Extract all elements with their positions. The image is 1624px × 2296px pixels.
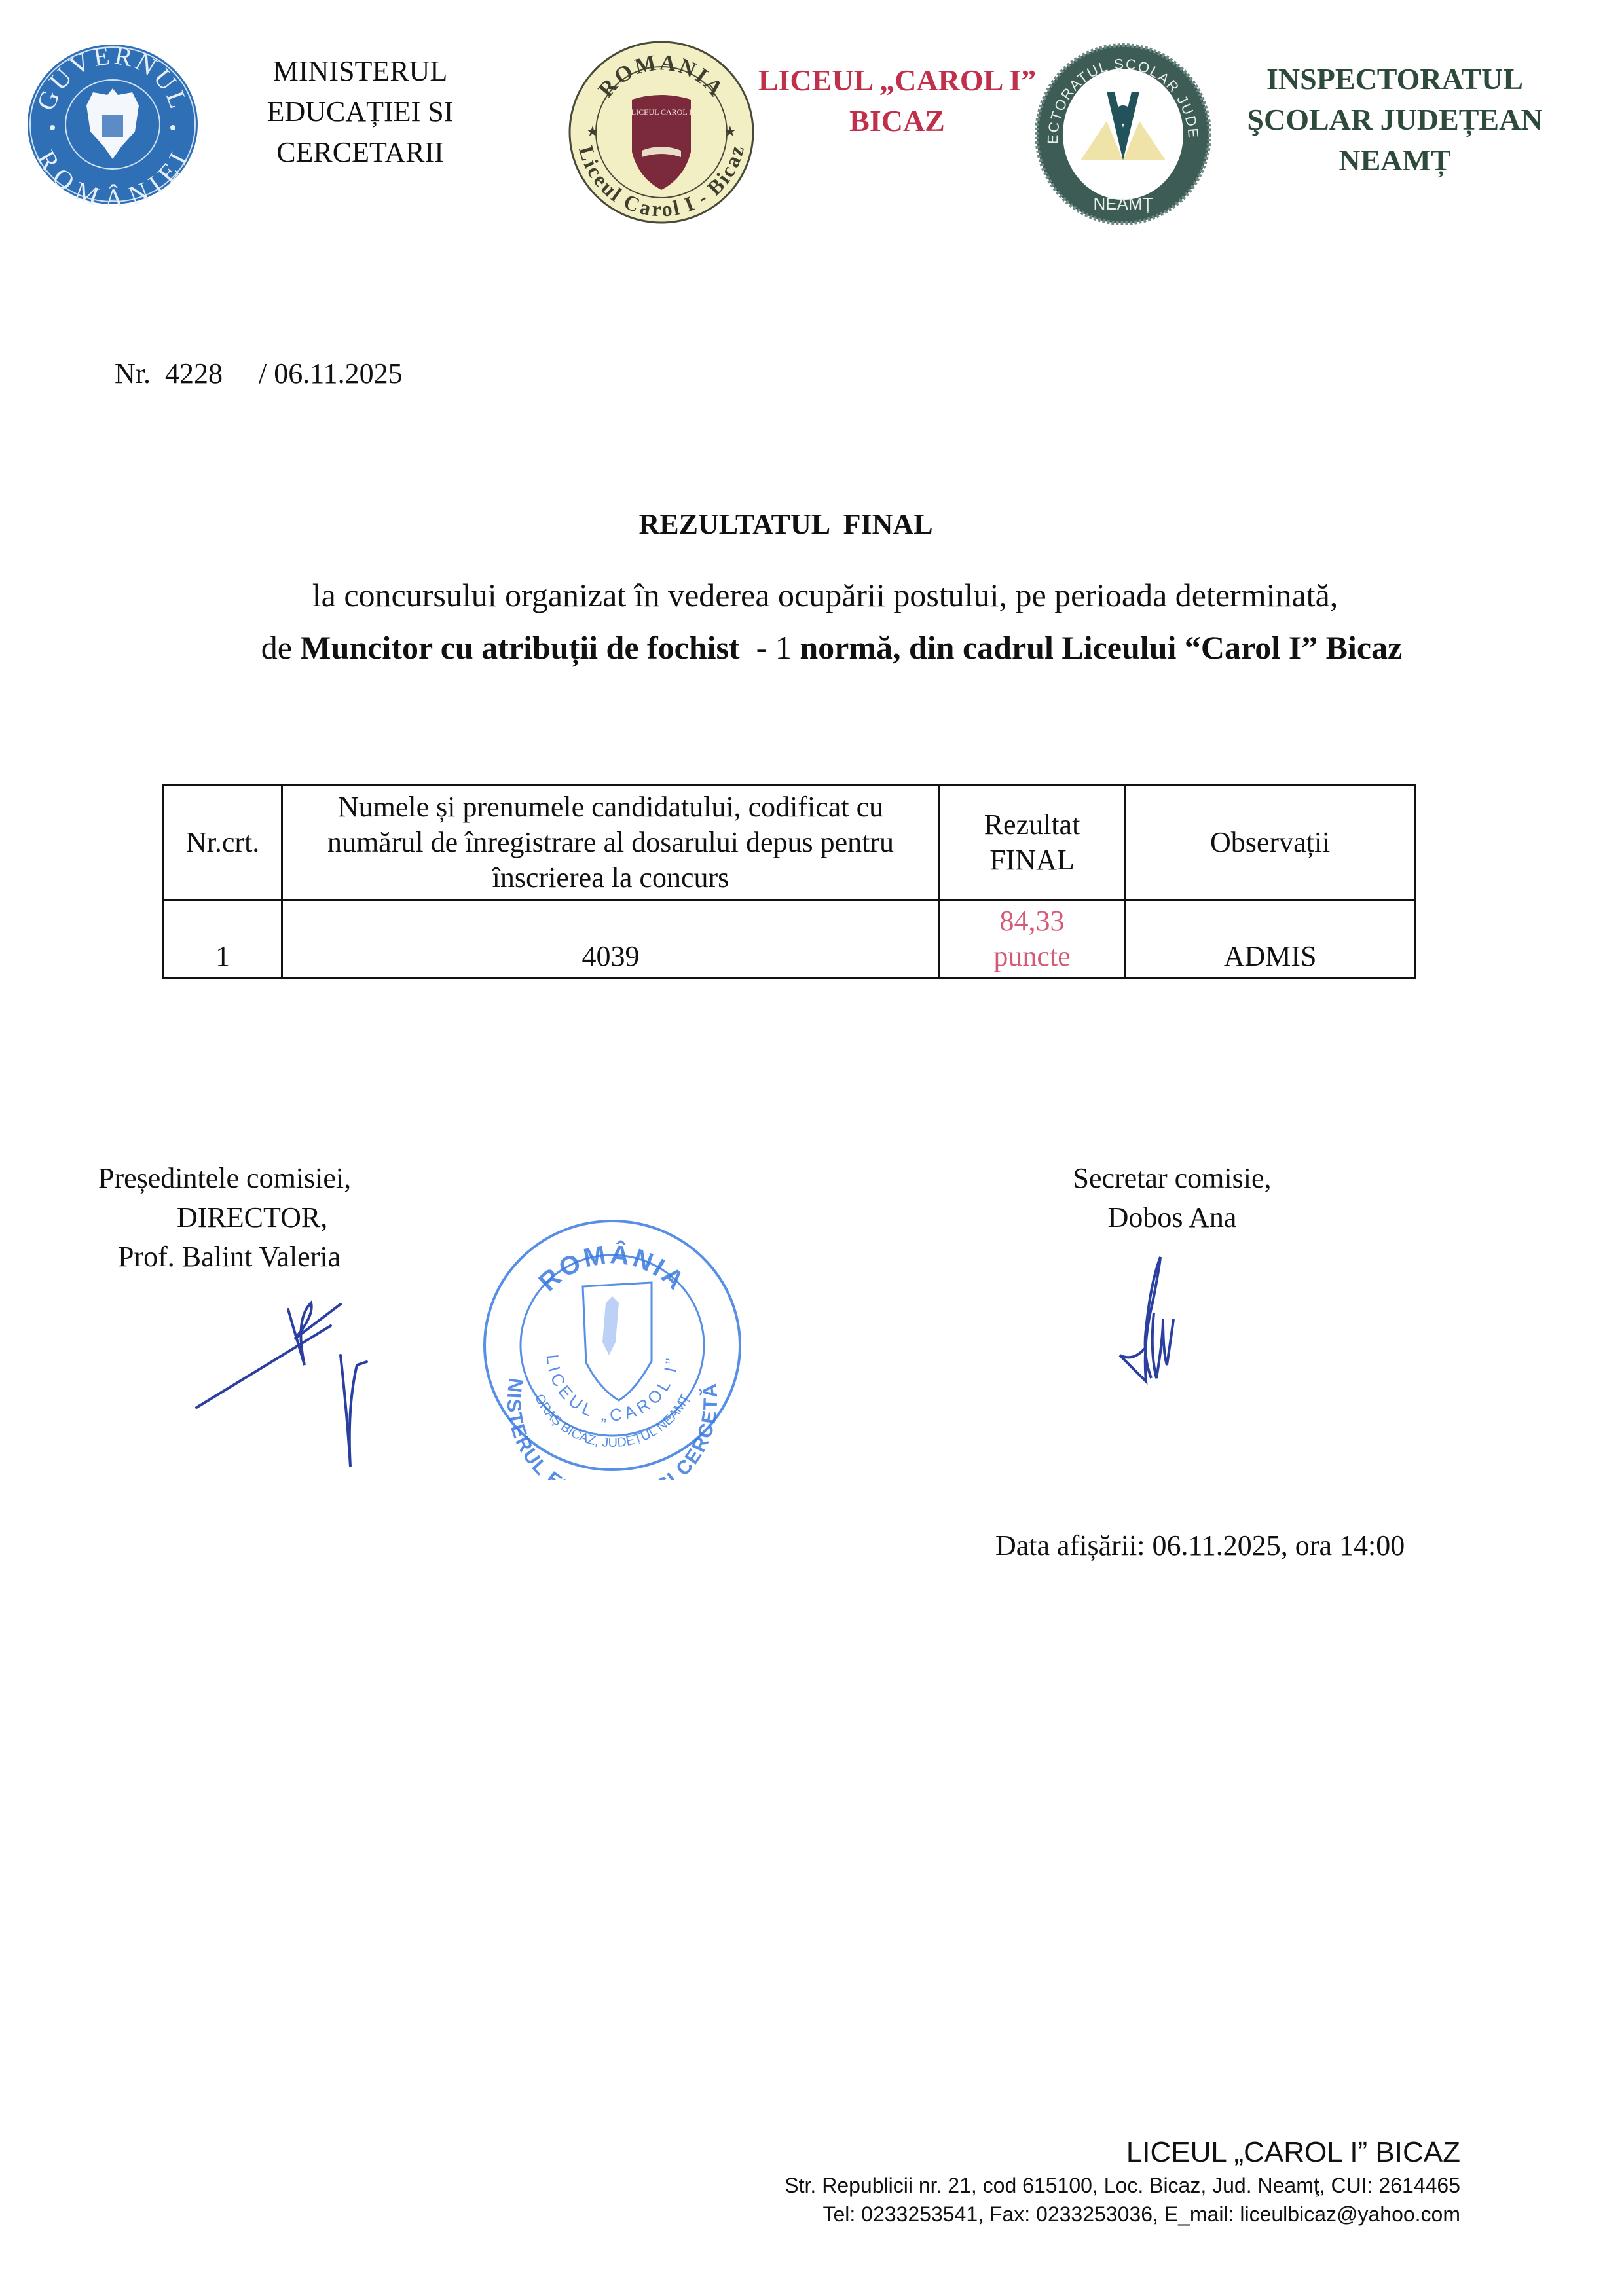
registration-number: Nr. 4228 / 06.11.2025 bbox=[115, 357, 403, 390]
footer-school-name: LICEUL „CAROL I” BICAZ bbox=[784, 2134, 1460, 2171]
footer-address-block: LICEUL „CAROL I” BICAZ Str. Republicii n… bbox=[784, 2134, 1460, 2229]
cell-observation: ADMIS bbox=[1125, 900, 1416, 978]
subtitle-line-1: la concursului organizat în vederea ocup… bbox=[0, 576, 1624, 614]
score-value: 84,33 bbox=[947, 903, 1118, 939]
president-title: DIRECTOR, bbox=[98, 1198, 351, 1237]
position-name: Muncitor cu atribuții de fochist bbox=[300, 629, 739, 666]
president-name: Prof. Balint Valeria bbox=[98, 1237, 351, 1277]
inspectorate-line: INSPECTORATUL bbox=[1231, 59, 1559, 100]
subtitle-mid: - 1 bbox=[740, 629, 800, 666]
president-signature-icon bbox=[190, 1296, 413, 1473]
document-date: / 06.11.2025 bbox=[259, 357, 403, 390]
svg-text:ROMÂNIA: ROMÂNIA bbox=[533, 1239, 691, 1297]
cell-score: 84,33puncte bbox=[939, 900, 1125, 978]
svg-text:LICEUL „CAROL I”: LICEUL „CAROL I” bbox=[543, 1353, 682, 1425]
ministry-line: EDUCAȚIEI SI bbox=[223, 92, 498, 132]
school-name: LICEUL „CAROL I” BICAZ bbox=[753, 60, 1041, 141]
svg-text:★: ★ bbox=[724, 123, 737, 139]
school-line: BICAZ bbox=[753, 101, 1041, 141]
school-seal-logo: ROMANIA Liceul Carol I - Bicaz ★★ LICEUL… bbox=[566, 39, 756, 226]
president-role: Președintele comisiei, bbox=[98, 1159, 351, 1198]
cell-nr: 1 bbox=[164, 900, 282, 978]
number-value: 4228 bbox=[165, 357, 223, 390]
government-seal-logo: GUVERNUL ROMÂNIEI bbox=[26, 43, 200, 206]
svg-text:LICEUL CAROL I: LICEUL CAROL I bbox=[631, 107, 692, 117]
column-header-result: Rezultat FINAL bbox=[939, 786, 1125, 900]
inspectorate-line: ŞCOLAR JUDEȚEAN bbox=[1231, 100, 1559, 140]
inspectorate-name: INSPECTORATUL ŞCOLAR JUDEȚEAN NEAMȚ bbox=[1231, 59, 1559, 181]
column-header-observations: Observații bbox=[1125, 786, 1416, 900]
secretary-name: Dobos Ana bbox=[1061, 1198, 1283, 1237]
score-unit: puncte bbox=[947, 939, 1118, 974]
footer-contact: Tel: 0233253541, Fax: 0233253036, E_mail… bbox=[784, 2200, 1460, 2229]
ministry-line: MINISTERUL bbox=[223, 51, 498, 92]
number-label: Nr. bbox=[115, 357, 151, 390]
president-signature-block: Președintele comisiei, DIRECTOR, Prof. B… bbox=[98, 1159, 351, 1277]
ministry-line: CERCETARII bbox=[223, 132, 498, 173]
official-stamp: ROMÂNIA MINISTERUL EDUCAȚIEI ȘI CERCETĂR… bbox=[475, 1211, 750, 1480]
table-header-row: Nr.crt. Numele și prenumele candidatului… bbox=[164, 786, 1416, 900]
subtitle-prefix: de bbox=[261, 629, 301, 666]
results-table: Nr.crt. Numele și prenumele candidatului… bbox=[162, 784, 1416, 979]
secretary-signature-block: Secretar comisie, Dobos Ana bbox=[1061, 1159, 1283, 1237]
footer-address: Str. Republicii nr. 21, cod 615100, Loc.… bbox=[784, 2171, 1460, 2200]
posting-date: Data afișării: 06.11.2025, ora 14:00 bbox=[995, 1529, 1405, 1562]
subtitle-line-2: de Muncitor cu atribuții de fochist - 1 … bbox=[0, 629, 1624, 666]
svg-text:★: ★ bbox=[586, 123, 599, 139]
column-header-candidate: Numele și prenumele candidatului, codifi… bbox=[282, 786, 940, 900]
svg-text:NEAMȚ: NEAMȚ bbox=[1094, 194, 1153, 213]
table-row: 1 4039 84,33puncte ADMIS bbox=[164, 900, 1416, 978]
page-title: REZULTATUL FINAL bbox=[0, 507, 1572, 541]
secretary-signature-icon bbox=[1113, 1254, 1192, 1391]
position-scope: normă, din cadrul Liceului “Carol I” Bic… bbox=[800, 629, 1402, 666]
cell-candidate: 4039 bbox=[282, 900, 940, 978]
column-header-nr: Nr.crt. bbox=[164, 786, 282, 900]
ministry-name: MINISTERUL EDUCAȚIEI SI CERCETARII bbox=[223, 51, 498, 173]
school-line: LICEUL „CAROL I” bbox=[753, 60, 1041, 101]
secretary-role: Secretar comisie, bbox=[1061, 1159, 1283, 1198]
inspectorate-line: NEAMȚ bbox=[1231, 140, 1559, 181]
inspectorate-seal-logo: INSPECTORATUL ȘCOLAR JUDEȚEAN NEAMȚ bbox=[1035, 43, 1211, 226]
